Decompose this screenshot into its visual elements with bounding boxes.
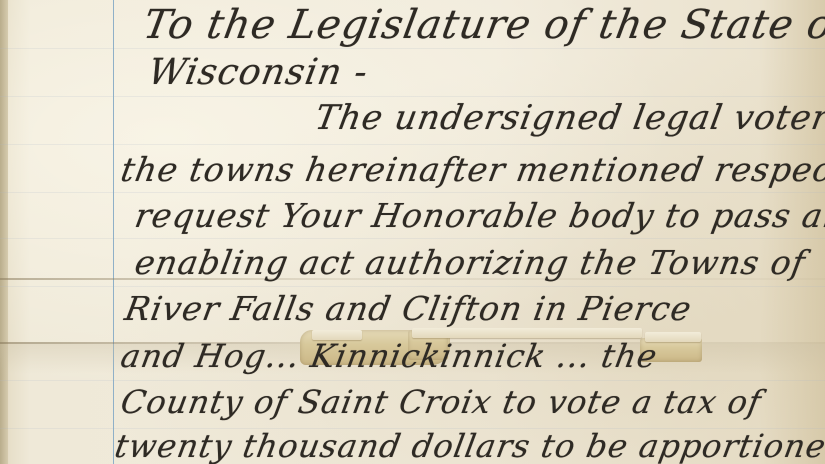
ruled-line [0,192,825,193]
text-line: River Falls and Clifton in Pierce [122,289,695,328]
paper-left-edge [0,0,8,464]
text-line: the towns hereinafter mentioned respectf… [118,150,825,189]
ruled-line [0,286,825,287]
text-line: enabling act authorizing the Towns of [132,243,809,282]
margin-line [113,0,114,464]
text-line: The undersigned legal voters of [312,98,825,138]
text-line: and Hog... Kinnickinnick ... the [118,337,661,375]
text-line: Wisconsin - [145,52,371,93]
text-line: To the Legislature of the State of [140,2,825,48]
document-page: To the Legislature of the State of Wisco… [0,0,825,464]
text-line: twenty thousand dollars to be apportione… [112,427,825,464]
ruled-line [0,48,825,49]
text-line: County of Saint Croix to vote a tax of [118,383,765,421]
ruled-line [0,96,825,97]
ruled-line [0,380,825,381]
ruled-line [0,144,825,145]
ruled-line [0,238,825,239]
text-line: request Your Honorable body to pass an [132,196,825,235]
